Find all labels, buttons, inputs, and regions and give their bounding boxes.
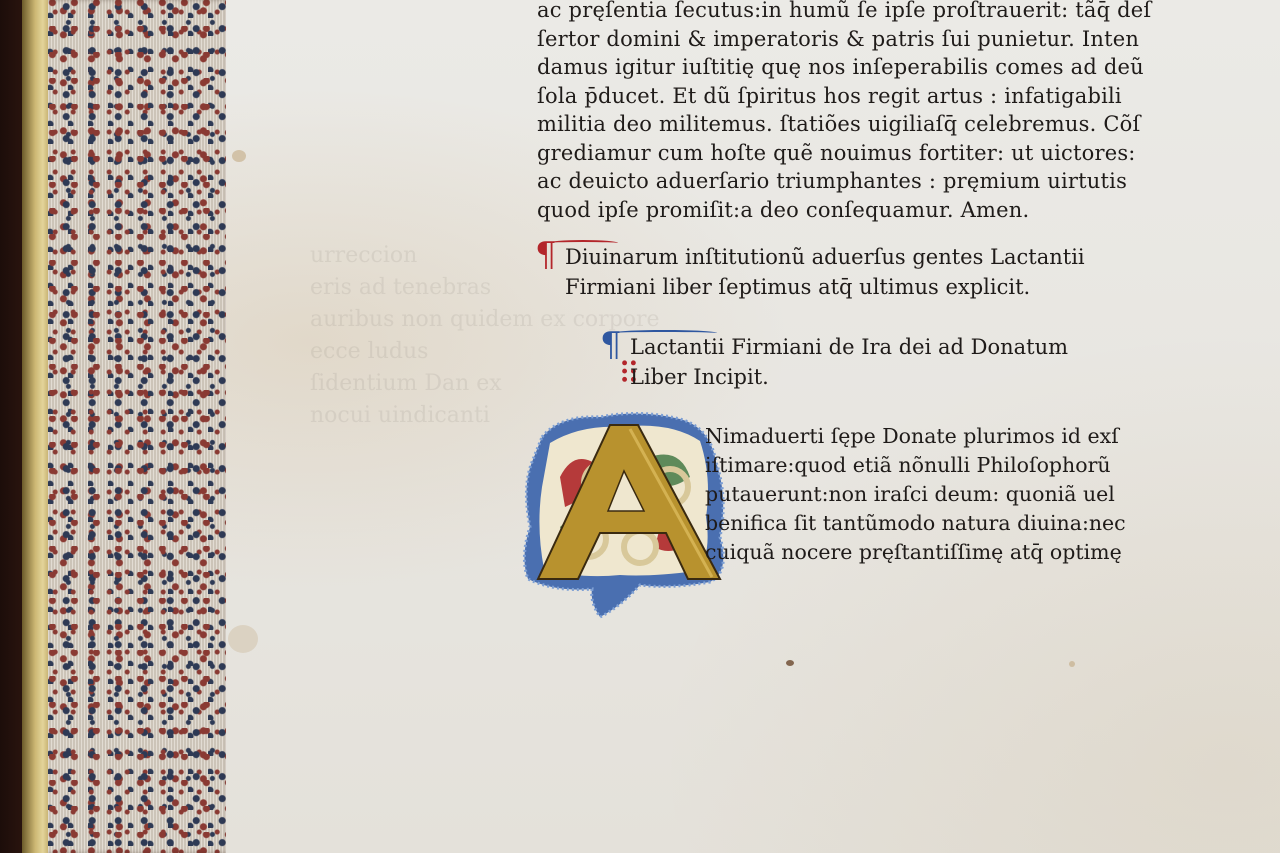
text-line: Diuinarum inſtitutionũ aduerſus gentes L… [565, 242, 1085, 272]
text-line: ac pręſentia ſecutus:in humũ ſe ipſe pro… [537, 0, 1197, 25]
text-line: ſertor domini & imperatoris & patris ſui… [537, 25, 1197, 54]
speckled-page-edges [48, 0, 230, 853]
foxing-stain [228, 625, 258, 653]
opening-paragraph: Nimaduerti ſępe Donate plurimos id exſ i… [705, 422, 1195, 567]
red-paragraph-mark-icon: ¶ [535, 238, 557, 272]
text-line: benifica ſit tantũmodo natura diuina:nec [705, 509, 1195, 538]
foxing-stain [232, 150, 246, 162]
text-line: Lactantii Firmiani de Ira dei ad Donatum [630, 332, 1068, 362]
foxing-stain [1069, 661, 1075, 667]
text-line: Nimaduerti ſępe Donate plurimos id exſ [705, 422, 1195, 451]
text-line: damus igitur iuſtitię quę nos inſeperabi… [537, 53, 1197, 82]
closing-paragraph: ac pręſentia ſecutus:in humũ ſe ipſe pro… [537, 0, 1197, 224]
incipit-heading: Lactantii Firmiani de Ira dei ad Donatum… [630, 332, 1068, 392]
text-line: cuiquã nocere pręſtantiſſimę atq̄ optimę [705, 538, 1195, 567]
text-line: Firmiani liber ſeptimus atq̄ ultimus exp… [565, 272, 1085, 302]
text-line: iſtimare:quod etiã nõnulli Philoſophorũ [705, 451, 1195, 480]
text-line: ſola p̄ducet. Et dũ ſpiritus hos regit a… [537, 82, 1197, 111]
photo-scene: urreccion eris ad tenebras auribus non q… [0, 0, 1280, 853]
text-line: grediamur cum hoſte quẽ nouimus fortiter… [537, 139, 1197, 168]
text-line: militia deo militemus. ſtatiões uigiliaſ… [537, 110, 1197, 139]
explicit-rubric: Diuinarum inſtitutionũ aduerſus gentes L… [565, 242, 1085, 302]
foxing-stain [786, 660, 794, 666]
text-line: putauerunt:non iraſci deum: quoniã uel [705, 480, 1195, 509]
text-line: quod ipſe promiſit:a deo conſequamur. Am… [537, 196, 1197, 225]
text-line: ac deuicto aduerſario triumphantes : prę… [537, 167, 1197, 196]
illuminated-initial-a-icon [520, 407, 730, 619]
text-line: Liber Incipit. [630, 362, 1068, 392]
